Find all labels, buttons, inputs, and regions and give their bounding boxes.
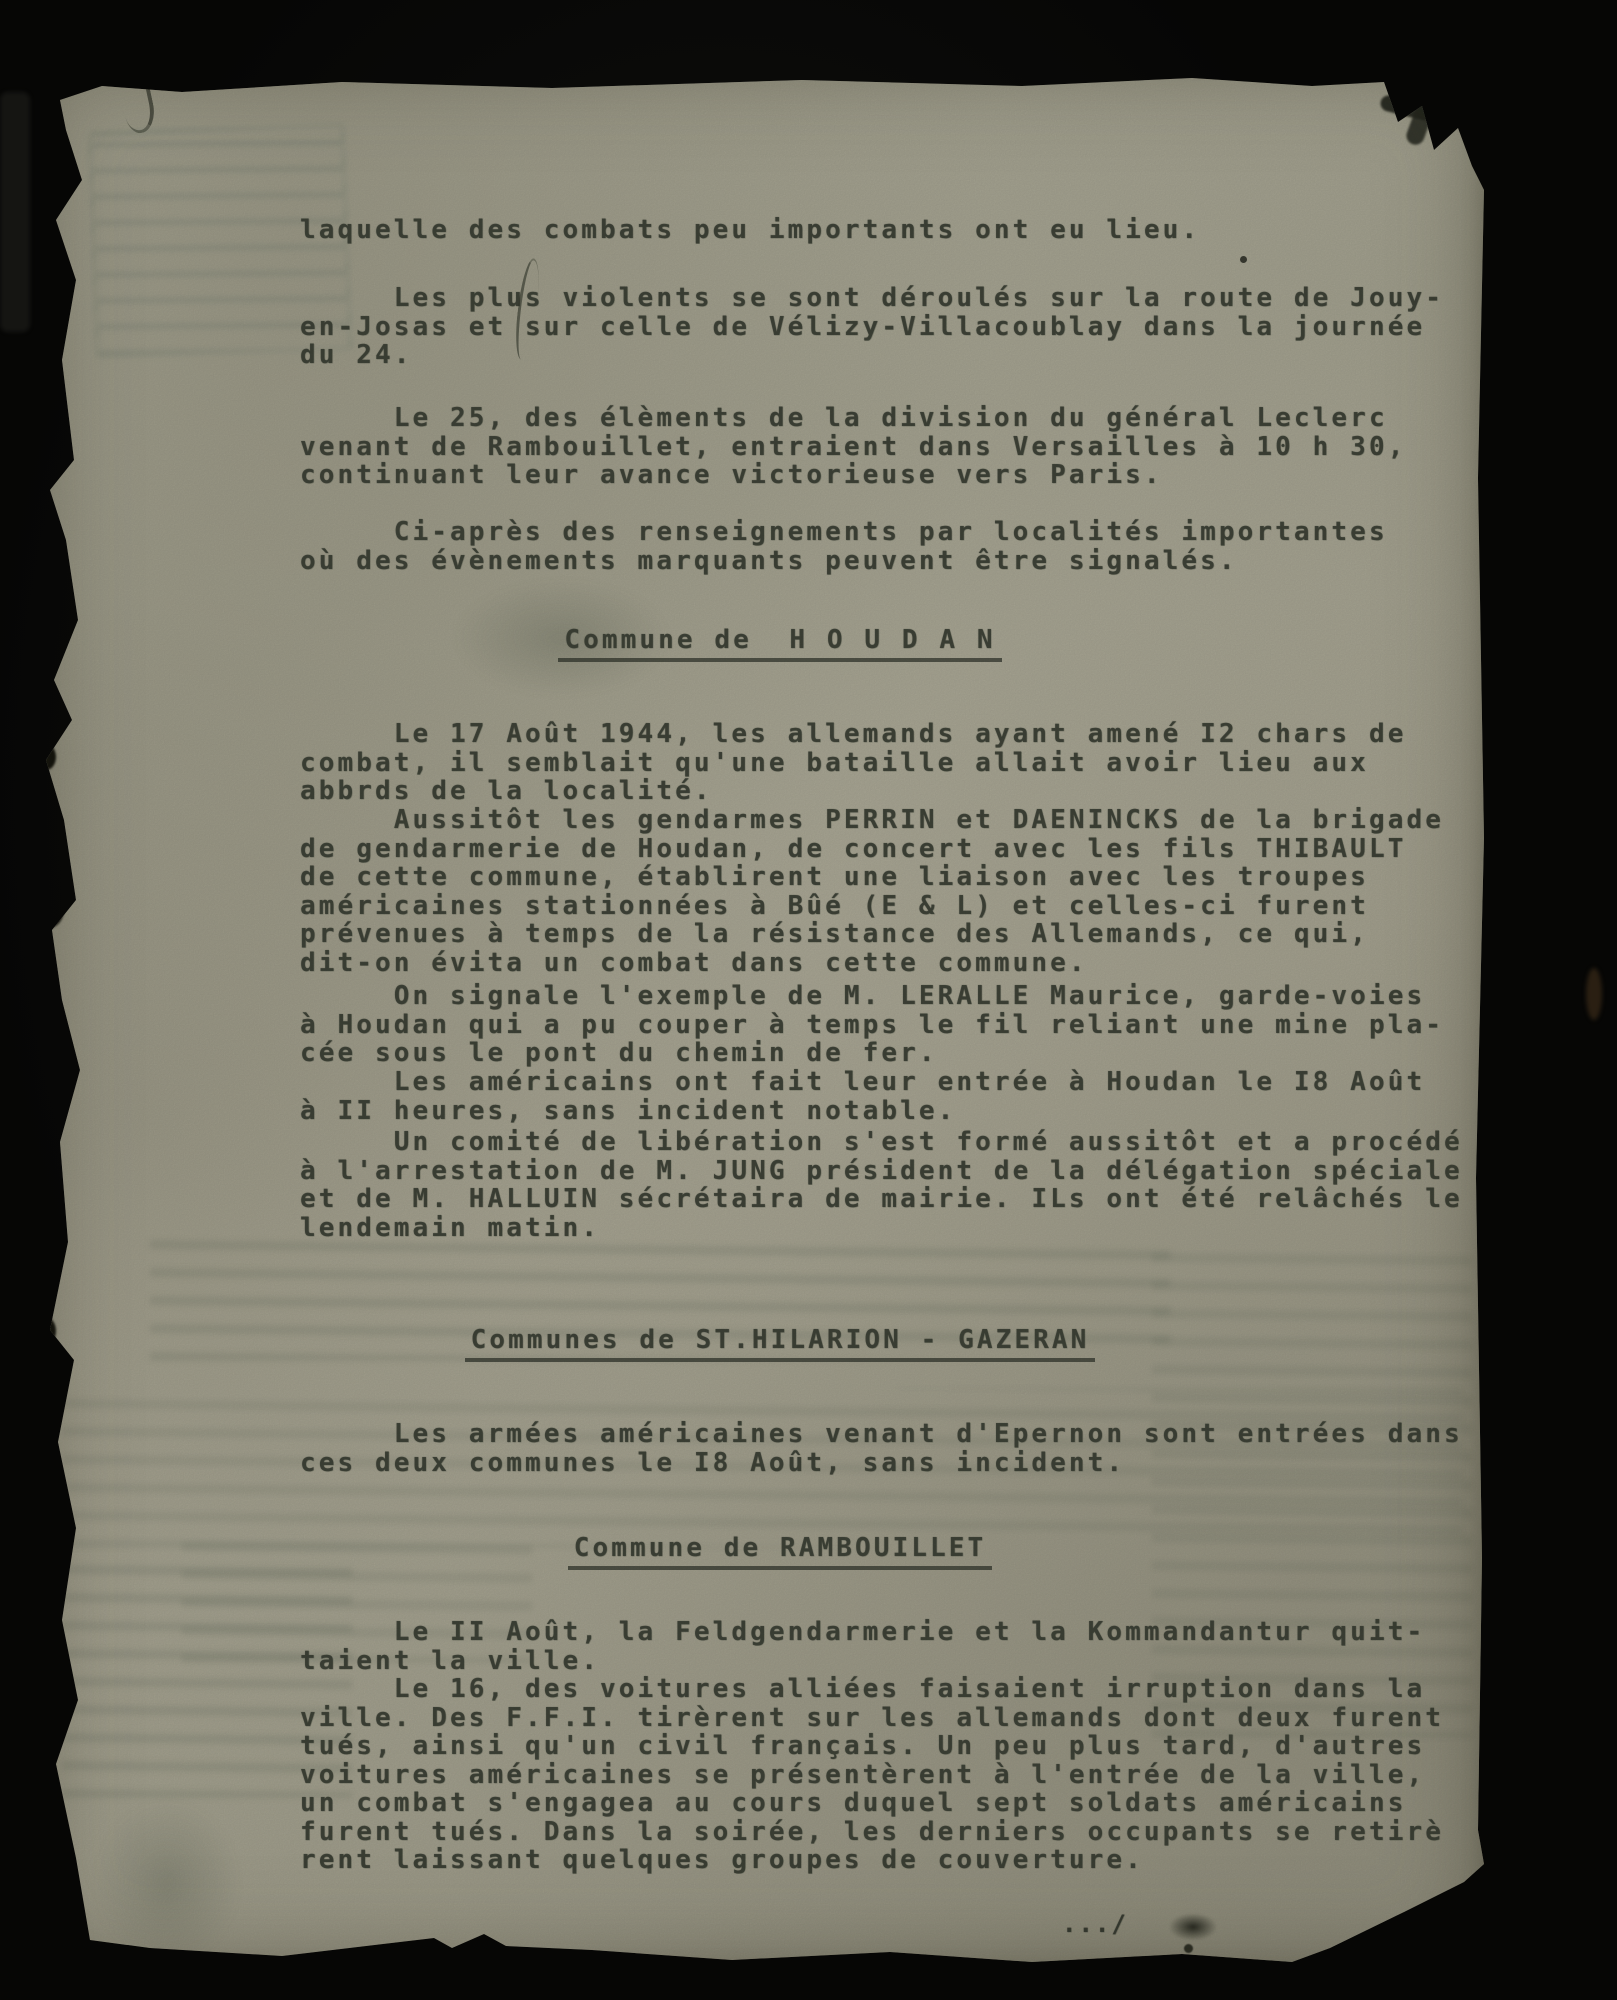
paragraph-intro-continuation: laquelle des combats peu importants ont …: [300, 216, 1200, 245]
background-stain: [0, 92, 30, 332]
section-heading-rambouillet: Commune de RAMBOUILLET: [568, 1534, 993, 1570]
section-houdan-heading-row: Commune de H O U D A N: [300, 626, 1260, 662]
paragraph-17-aout-chars: Le 17 Août 1944, les allemands ayant ame…: [300, 720, 1406, 806]
paragraph-comite-liberation: Un comité de libération s'est formé auss…: [300, 1128, 1463, 1242]
section-heading-st-hilarion-gazeran: Communes de ST.HILARION - GAZERAN: [465, 1326, 1096, 1362]
section-heading-houdan: Commune de H O U D A N: [558, 626, 1001, 662]
continuation-mark: .../: [1062, 1910, 1128, 1939]
section-st-hilarion-heading-row: Communes de ST.HILARION - GAZERAN: [300, 1326, 1260, 1362]
paragraph-ci-apres: Ci-après des renseignements par localité…: [300, 518, 1388, 575]
paragraph-division-leclerc: Le 25, des élèments de la division du gé…: [300, 404, 1406, 490]
paragraph-leralle-mine: On signale l'exemple de M. LERALLE Mauri…: [300, 982, 1444, 1068]
paragraph-gendarmes-liaison: Aussitôt les gendarmes PERRIN et DAENINC…: [300, 806, 1444, 977]
typewritten-text-layer: laquelle des combats peu importants ont …: [32, 58, 1484, 1970]
document-page: laquelle des combats peu importants ont …: [32, 58, 1484, 1970]
paragraph-rambouillet-events: Le II Août, la Feldgendarmerie et la Kom…: [300, 1618, 1444, 1875]
scan-background: laquelle des combats peu importants ont …: [0, 0, 1617, 2000]
background-stain: [1586, 968, 1602, 1020]
paragraph-combats-violents: Les plus violents se sont déroulés sur l…: [300, 284, 1444, 370]
paragraph-armees-epernon: Les armées américaines venant d'Epernon …: [300, 1420, 1463, 1477]
section-rambouillet-heading-row: Commune de RAMBOUILLET: [300, 1534, 1260, 1570]
paragraph-entree-americains: Les américains ont fait leur entrée à Ho…: [300, 1068, 1425, 1125]
